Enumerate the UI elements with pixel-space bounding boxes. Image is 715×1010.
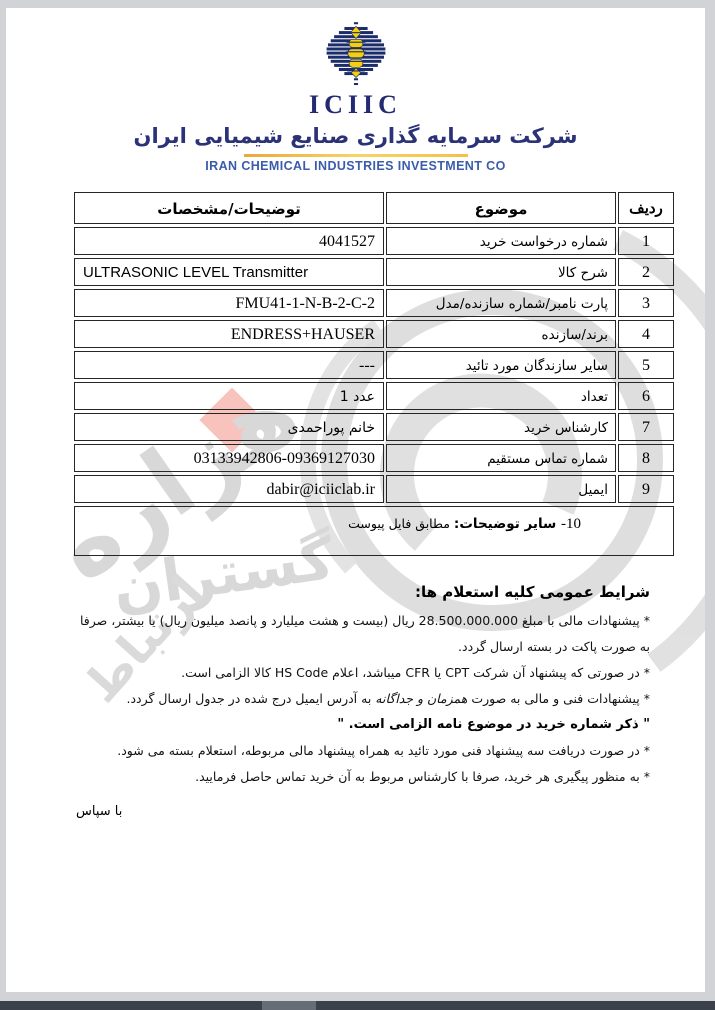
terms-bullet-3: * پیشنهادات فنی و مالی به صورت همزمان و … [72, 686, 650, 712]
brand-acronym: ICIIC [6, 90, 705, 120]
row-number-cell: 9 [618, 475, 674, 503]
terms-bullet-1-line-2: به صورت پاکت در بسته ارسال گردد. [72, 634, 650, 660]
terms-bullet-1-line-1: * پیشنهادات مالی با مبلغ 28.500.000.000 … [72, 608, 650, 634]
subject-cell: برند/سازنده [386, 320, 616, 348]
subject-cell: ایمیل [386, 475, 616, 503]
horizontal-scrollbar-track[interactable] [0, 1001, 715, 1010]
table-row-other-notes: 10- سایر توضیحات: مطابق فایل پیوست [73, 505, 675, 557]
table-row: 8 شماره تماس مستقیم 03133942806-09369127… [73, 443, 675, 473]
terms-bullet-3-text-end: به آدرس ایمیل درج شده در جدول ارسال گردد… [127, 691, 376, 706]
table-row: 1 شماره درخواست خرید 4041527 [73, 226, 675, 256]
terms-bullet-2: * در صورتی که پیشنهاد آن شرکت CPT یا CFR… [72, 660, 650, 686]
value-cell: ULTRASONIC LEVEL Transmitter [74, 258, 384, 286]
other-notes-value: مطابق فایل پیوست [348, 516, 454, 531]
row-number-cell: 1 [618, 227, 674, 255]
inquiry-table: ردیف موضوع توضیحات/مشخصات 1 شماره درخواس… [73, 191, 675, 558]
value-cell: dabir@iciiclab.ir [74, 475, 384, 503]
subject-cell: کارشناس خرید [386, 413, 616, 441]
subject-cell: شماره درخواست خرید [386, 227, 616, 255]
table-row: 5 سایر سازندگان مورد تائید --- [73, 350, 675, 380]
document-page: هزاره گستران ارتباط [6, 8, 705, 992]
other-notes-label: سایر توضیحات: [454, 516, 561, 532]
terms-bullet-3-text: * پیشنهادات فنی و مالی به صورت [467, 691, 650, 706]
row-number-cell: 4 [618, 320, 674, 348]
row-number-cell: 3 [618, 289, 674, 317]
terms-bullet-3-italic: همزمان و جداگانه [375, 691, 467, 706]
general-terms-section: شرایط عمومی کلیه استعلام ها: * پیشنهادات… [72, 583, 650, 819]
header-row-number: ردیف [618, 192, 674, 224]
row-number-cell: 8 [618, 444, 674, 472]
row-number-cell: 7 [618, 413, 674, 441]
table-row: 9 ایمیل dabir@iciiclab.ir [73, 474, 675, 504]
table-row: 4 برند/سازنده ENDRESS+HAUSER [73, 319, 675, 349]
row-number-cell: 5 [618, 351, 674, 379]
value-cell: FMU41-1-N-B-2-C-2 [74, 289, 384, 317]
table-header-row: ردیف موضوع توضیحات/مشخصات [73, 191, 675, 225]
value-cell: --- [74, 351, 384, 379]
terms-subject-notice: " ذکر شماره خرید در موضوع نامه الزامی اس… [72, 712, 650, 738]
value-cell: 4041527 [74, 227, 384, 255]
horizontal-scrollbar-thumb[interactable] [262, 1001, 316, 1010]
table-row: 2 شرح کالا ULTRASONIC LEVEL Transmitter [73, 257, 675, 287]
value-cell: ENDRESS+HAUSER [74, 320, 384, 348]
row-number-cell: 2 [618, 258, 674, 286]
subject-cell: پارت نامبر/شماره سازنده/مدل [386, 289, 616, 317]
closing-thanks: با سپاس [72, 804, 650, 819]
row-number-cell: 6 [618, 382, 674, 410]
brand-name-persian: شرکت سرمایه گذاری صنایع شیمیایی ایران [6, 124, 705, 148]
subject-cell: سایر سازندگان مورد تائید [386, 351, 616, 379]
subject-cell: تعداد [386, 382, 616, 410]
brand-name-english: IRAN CHEMICAL INDUSTRIES INVESTMENT CO [6, 159, 705, 173]
terms-heading: شرایط عمومی کلیه استعلام ها: [72, 583, 650, 601]
subject-cell: شماره تماس مستقیم [386, 444, 616, 472]
value-cell: 1 عدد [74, 382, 384, 410]
value-cell: 03133942806-09369127030 [74, 444, 384, 472]
gold-divider [244, 154, 468, 157]
terms-bullet-5: * به منظور پیگیری هر خرید، صرفا با کارشن… [72, 764, 650, 790]
table-row: 6 تعداد 1 عدد [73, 381, 675, 411]
header-details: توضیحات/مشخصات [74, 192, 384, 224]
table-row: 3 پارت نامبر/شماره سازنده/مدل FMU41-1-N-… [73, 288, 675, 318]
other-notes-number: 10- [561, 516, 581, 532]
letterhead: ICIIC شرکت سرمایه گذاری صنایع شیمیایی ای… [6, 20, 705, 173]
value-cell: خانم پوراحمدی [74, 413, 384, 441]
table-row: 7 کارشناس خرید خانم پوراحمدی [73, 412, 675, 442]
subject-cell: شرح کالا [386, 258, 616, 286]
iciic-logo-icon [315, 20, 397, 90]
header-subject: موضوع [386, 192, 616, 224]
terms-bullet-4: * در صورت دریافت سه پیشنهاد فنی مورد تائ… [72, 738, 650, 764]
